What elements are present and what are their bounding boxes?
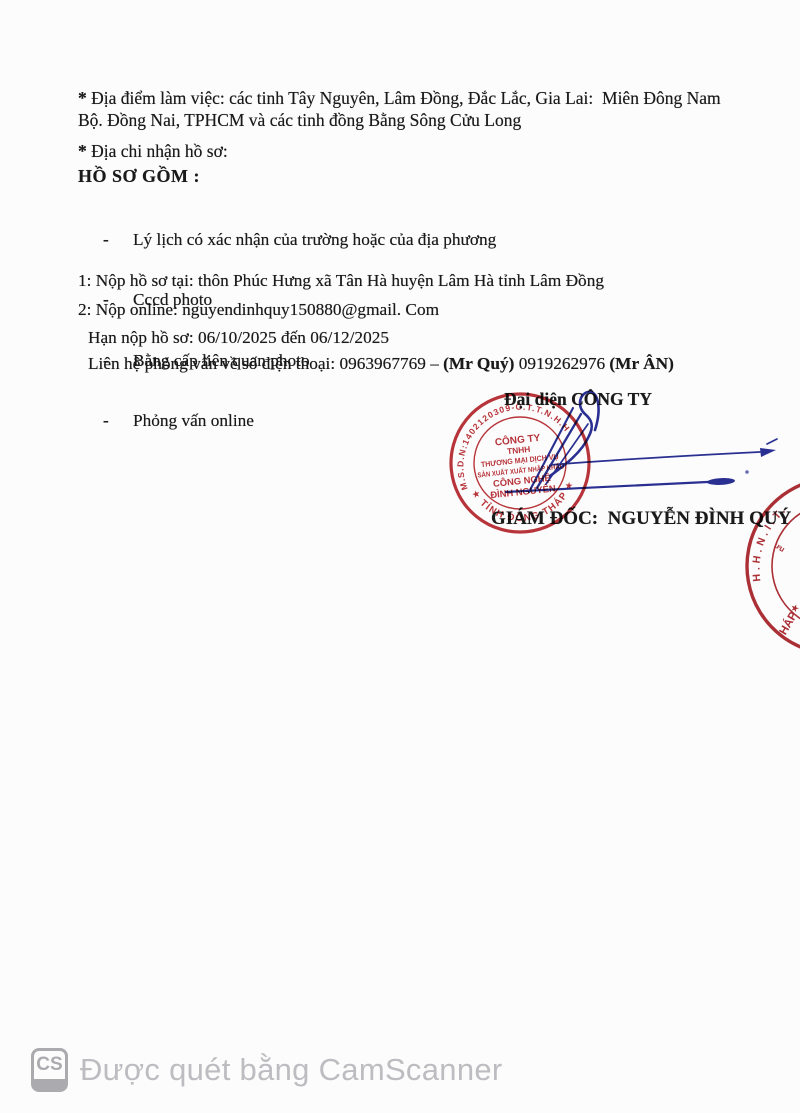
list-item-text: Lý lịch có xác nhận của trường hoặc của … [133,230,496,250]
signature-long-stroke-upper [550,452,760,465]
submit-in-person-line: 1: Nộp hồ sơ tại: thôn Phúc Hưng xã Tân … [78,271,604,291]
submit-online-line: 2: Nộp online: nguyendinhquy150880@gmail… [78,300,439,320]
list-item-text: Phỏng vấn online [133,411,254,431]
application-address-text: Địa chi nhận hồ sơ: [91,141,228,161]
signature-diagonal-stroke [529,408,573,492]
signature-tick [767,439,777,444]
contact-name-1: (Mr Quý) [443,354,514,373]
handwritten-signature [430,380,800,540]
list-item: - Lý lịch có xác nhận của trường hoặc củ… [78,230,678,250]
partial-stamp-inner-fragment: ưu [773,541,787,554]
application-address-line: * Địa chi nhận hồ sơ: [78,141,740,163]
work-location-text: Địa điểm làm việc: các tinh Tây Nguyên, … [78,88,725,130]
contact-middle: 0919262976 [514,354,609,373]
contact-line: Liên hệ phỏng vấn về số điện thoại: 0963… [88,354,674,374]
scanned-document-page: * Địa điểm làm việc: các tinh Tây Nguyên… [0,0,800,1113]
signature-arrow-end [760,448,776,457]
dash-bullet: - [78,411,133,431]
camscanner-logo: CS [31,1048,68,1092]
contact-prefix: Liên hệ phỏng vấn về số điện thoại: 0963… [88,354,443,373]
signature-diagonal-stroke [546,424,588,484]
contact-name-2: (Mr ÂN) [609,354,673,373]
signature-diagonal-stroke [537,414,581,488]
work-location-paragraph: * Địa điểm làm việc: các tinh Tây Nguyên… [78,88,740,131]
dash-bullet: - [78,230,133,250]
dossier-section-heading: HỒ SƠ GỒM : [78,166,200,187]
camscanner-logo-letters: CS [34,1054,65,1076]
asterisk-bullet: * [78,88,87,108]
deadline-line: Hạn nộp hồ sơ: 06/10/2025 đến 06/12/2025 [88,328,389,348]
signature-ink-blob [707,477,735,485]
camscanner-watermark-text: Được quét bằng CamScanner [80,1052,503,1088]
signature-ink-dot [745,470,749,474]
asterisk-bullet: * [78,141,87,161]
camscanner-logo-bar [33,1079,66,1090]
